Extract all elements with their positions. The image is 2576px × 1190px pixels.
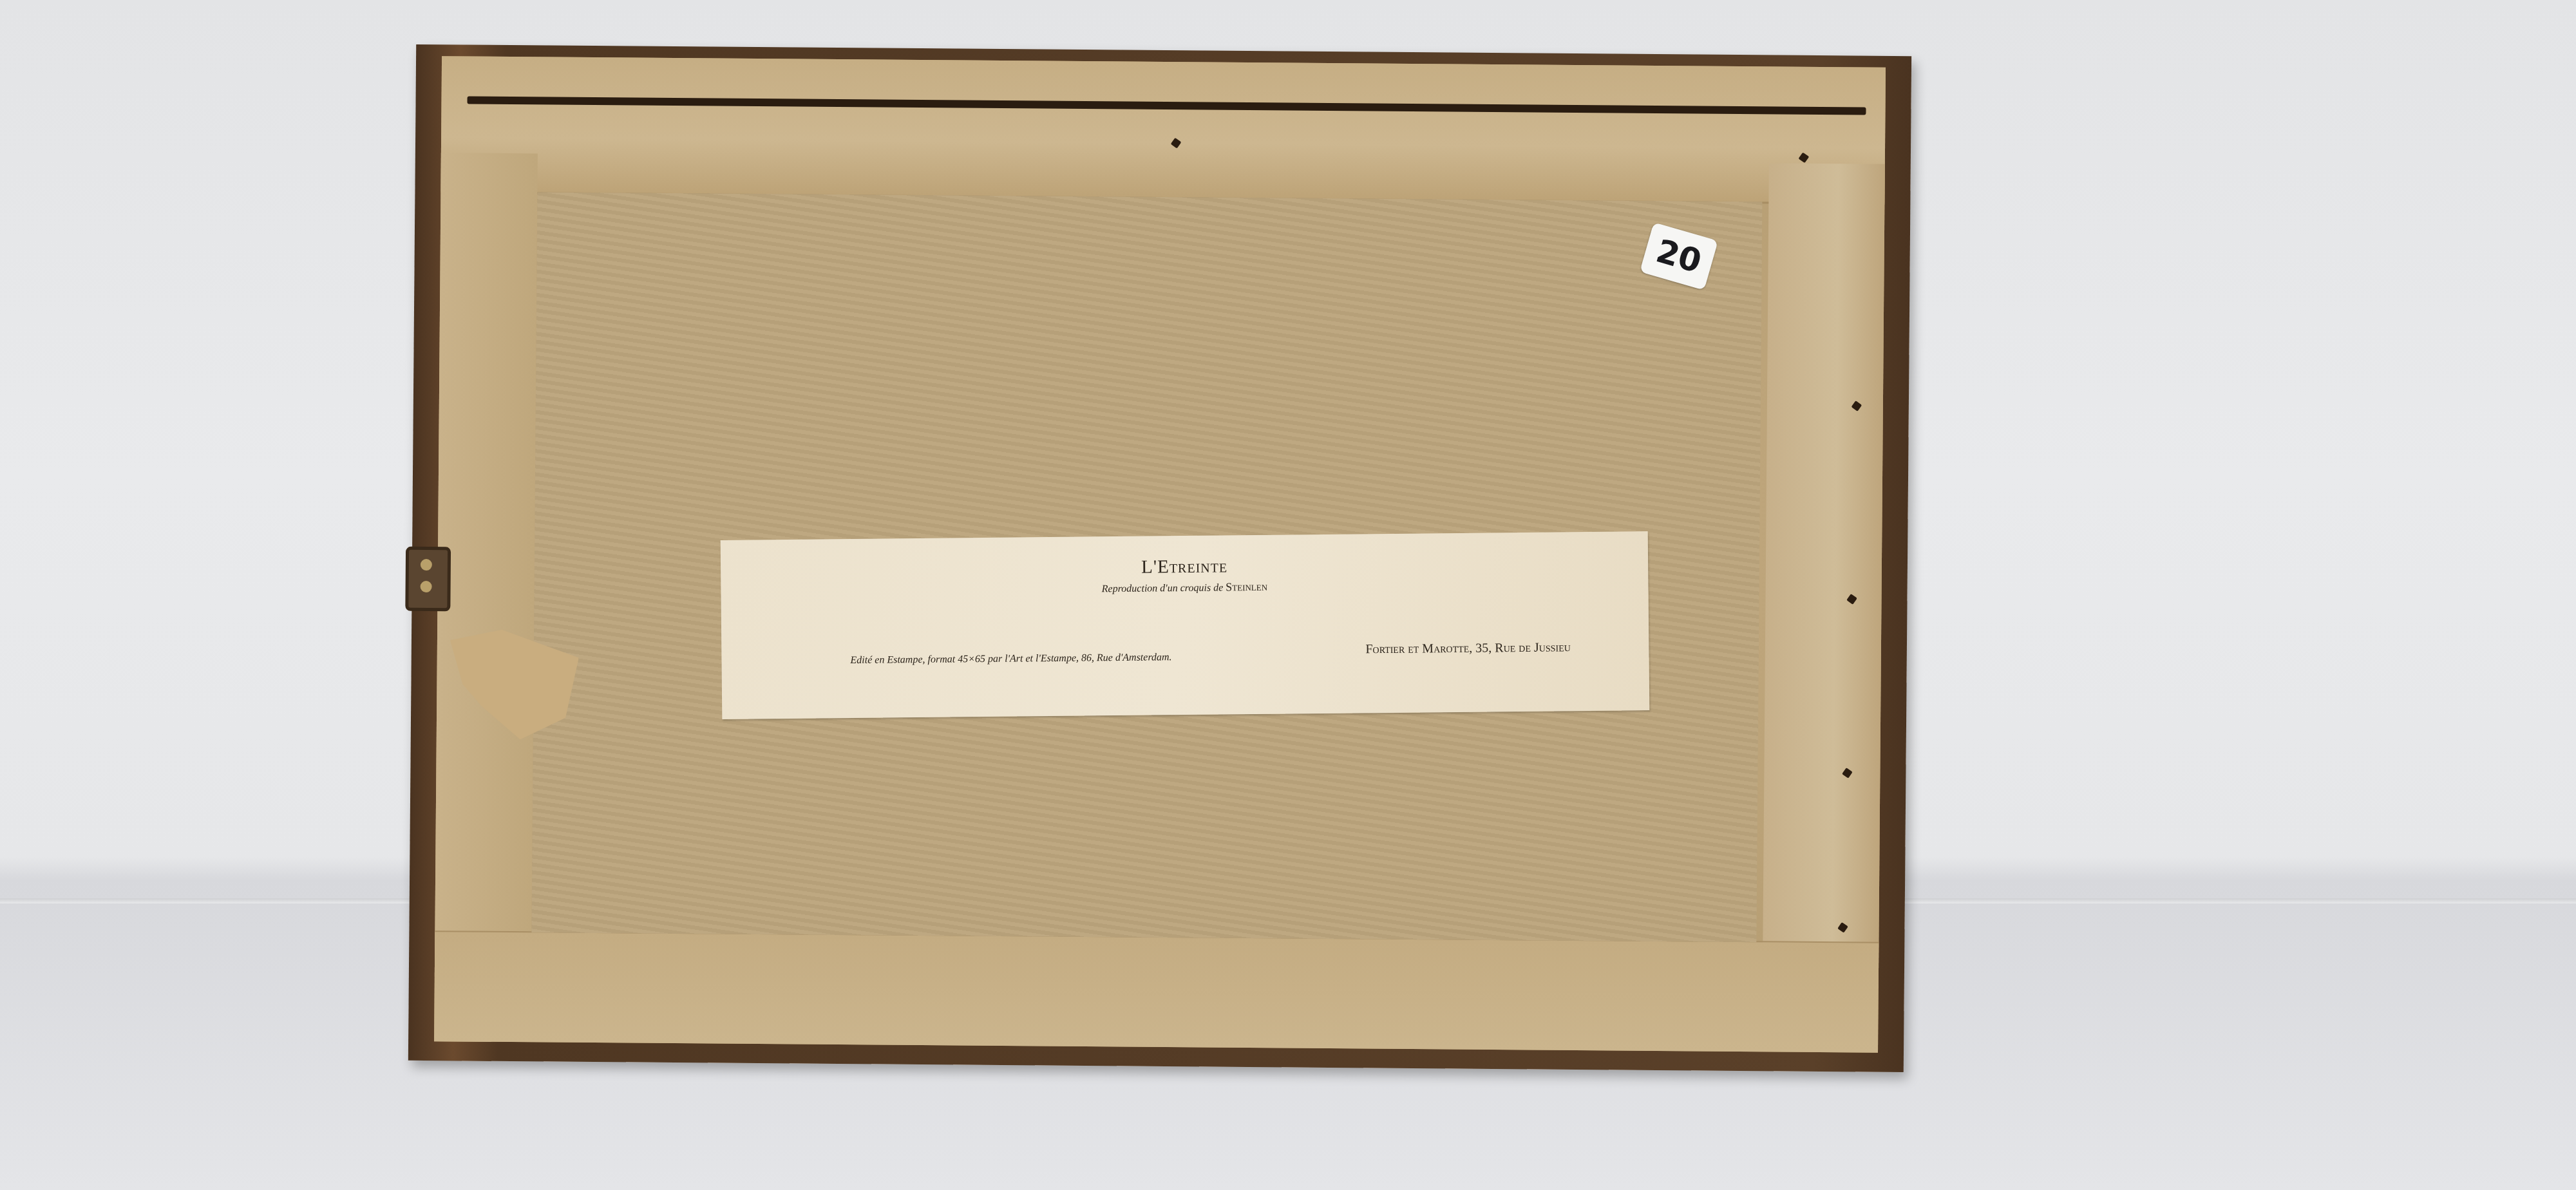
print-label: L'Etreinte Reproduction d'un croquis de … [721, 531, 1650, 719]
bottom-tape-strip [434, 930, 1879, 1053]
top-tape-strip [440, 56, 1886, 205]
edition-line: Edité en Estampe, format 45×65 par l'Art… [850, 652, 1171, 666]
artist-name: Steinlen [1226, 580, 1267, 594]
right-tape-strip [1763, 163, 1885, 988]
hanger-bracket-icon [405, 547, 451, 612]
frame-gap [468, 97, 1866, 115]
publisher-line: Fortier et Marotte, 35, Rue de Jussieu [1365, 640, 1571, 657]
subtitle-text: Reproduction d'un croquis de [1102, 582, 1226, 594]
